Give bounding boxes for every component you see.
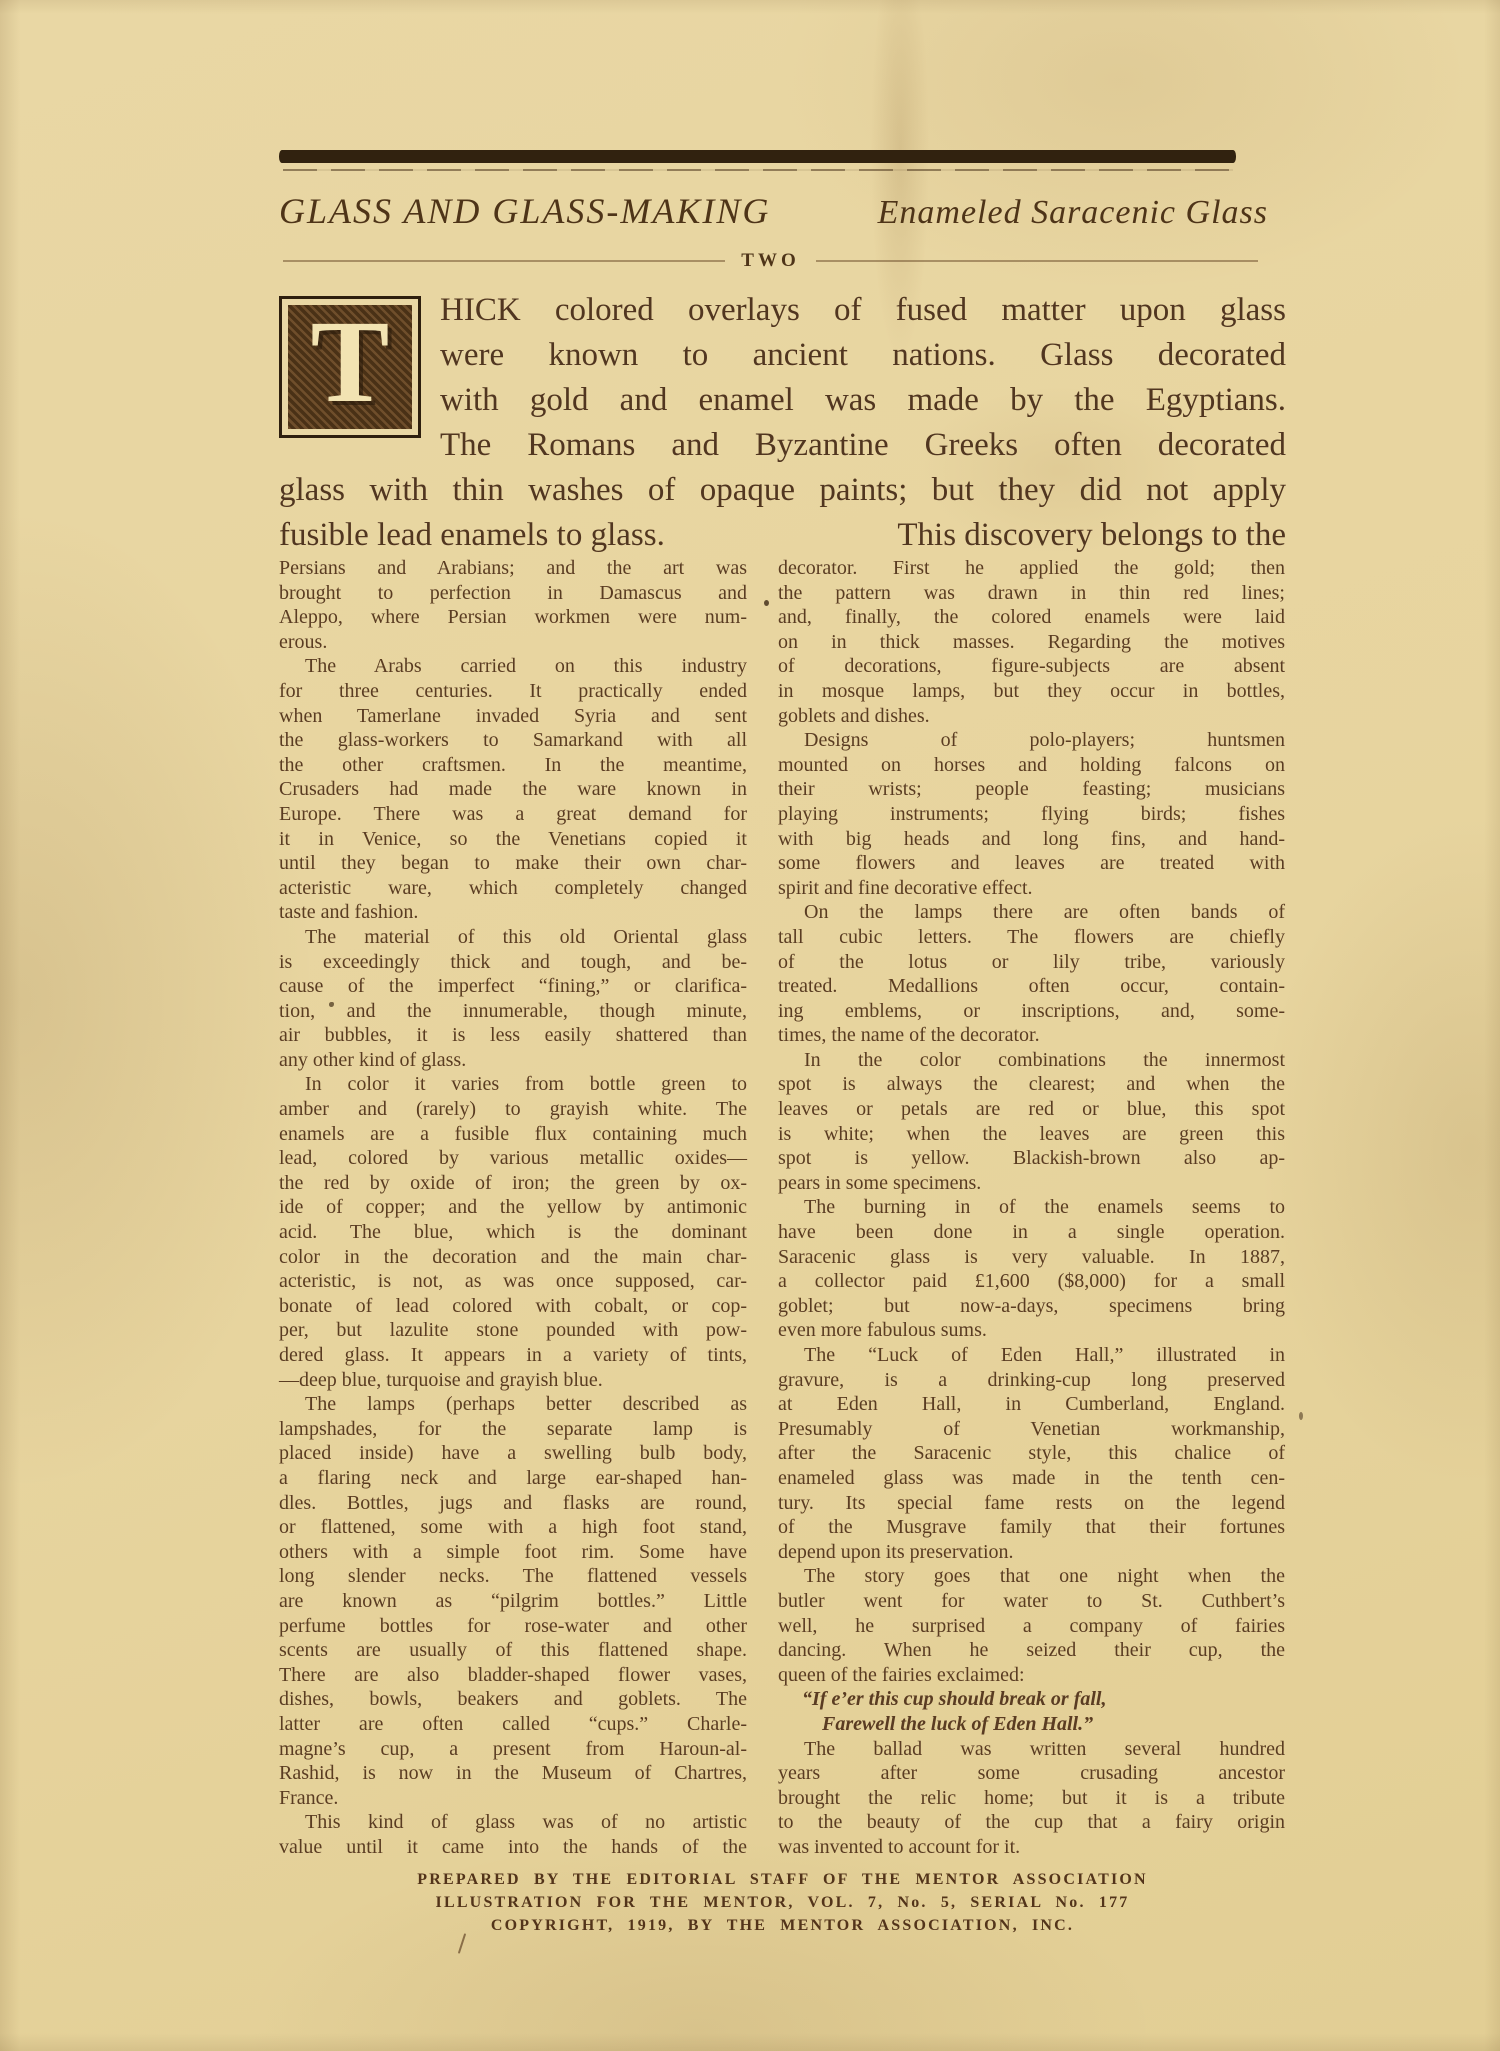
intro-split-left: fusible lead enamels to glass.	[279, 513, 665, 558]
text-line: The story goes that one night when the	[778, 1564, 1285, 1589]
top-rule-echo	[283, 169, 1233, 171]
divider-line-right	[816, 260, 1258, 262]
text-line: scents are usually of this flattened sha…	[279, 1638, 747, 1663]
text-line: after the Saracenic style, this chalice …	[778, 1441, 1285, 1466]
intro-line-full: glass with thin washes of opaque paints;…	[279, 468, 1286, 513]
dropcap-letter: T	[311, 303, 390, 421]
text-line: to the beauty of the cup that a fairy or…	[778, 1810, 1285, 1835]
text-line: There are also bladder-shaped flower vas…	[279, 1663, 747, 1688]
text-line: have been done in a single operation.	[778, 1220, 1285, 1245]
text-line: dles. Bottles, jugs and flasks are round…	[279, 1491, 747, 1516]
dropcap-hatch: T	[288, 305, 412, 429]
text-line: taste and fashion.	[279, 900, 747, 925]
page-subtitle: Enameled Saracenic Glass	[878, 194, 1268, 232]
text-line: of the lotus or lily tribe, variously	[778, 950, 1285, 975]
text-line: is exceedingly thick and tough, and be-	[279, 950, 747, 975]
text-line: depend upon its preservation.	[778, 1540, 1285, 1565]
footer-credits: PREPARED BY THE EDITORIAL STAFF OF THE M…	[279, 1868, 1286, 1937]
text-line: some flowers and leaves are treated with	[778, 851, 1285, 876]
text-line: the other craftsmen. In the meantime,	[279, 753, 747, 778]
text-line: the pattern was drawn in thin red lines;	[778, 581, 1285, 606]
text-line: were known to ancient nations. Glass dec…	[440, 333, 1286, 378]
text-line: “If e’er this cup should break or fall,	[778, 1687, 1285, 1712]
top-rule	[279, 150, 1236, 163]
text-line: with big heads and long fins, and hand-	[778, 827, 1285, 852]
divider-line-left	[283, 260, 725, 262]
text-line: tury. Its special fame rests on the lege…	[778, 1491, 1285, 1516]
text-line: the red by oxide of iron; the green by o…	[279, 1171, 747, 1196]
body-column-left: Persians and Arabians; and the art wasbr…	[279, 556, 747, 1859]
ink-speck	[1299, 1412, 1303, 1420]
text-line: even more fabulous sums.	[778, 1318, 1285, 1343]
text-line: in mosque lamps, but they occur in bottl…	[778, 679, 1285, 704]
text-line: dishes, bowls, beakers and goblets. The	[279, 1687, 747, 1712]
text-line: others with a simple foot rim. Some have	[279, 1540, 747, 1565]
text-line: acteristic, is not, as was once supposed…	[279, 1269, 747, 1294]
text-line: erous.	[279, 630, 747, 655]
section-divider: TWO	[283, 250, 1258, 272]
text-line: was invented to account for it.	[778, 1835, 1285, 1860]
text-line: spot is yellow. Blackish-brown also ap-	[778, 1146, 1285, 1171]
text-line: tion, and the innumerable, though minute…	[279, 999, 747, 1024]
text-line: ILLUSTRATION FOR THE MENTOR, VOL. 7, No.…	[279, 1891, 1286, 1914]
text-line: it in Venice, so the Venetians copied it	[279, 827, 747, 852]
text-line: bonate of lead colored with cobalt, or c…	[279, 1294, 747, 1319]
text-line: HICK colored overlays of fused matter up…	[440, 288, 1286, 333]
text-line: mounted on horses and holding falcons on	[778, 753, 1285, 778]
text-line: at Eden Hall, in Cumberland, England.	[778, 1392, 1285, 1417]
text-line: dancing. When he seized their cup, the	[778, 1638, 1285, 1663]
text-line: On the lamps there are often bands of	[778, 900, 1285, 925]
text-line: butler went for water to St. Cuthbert’s	[778, 1589, 1285, 1614]
text-line: treated. Medallions often occur, contain…	[778, 974, 1285, 999]
text-line: Farewell the luck of Eden Hall.”	[778, 1712, 1285, 1737]
text-line: amber and (rarely) to grayish white. The	[279, 1097, 747, 1122]
body-column-right: decorator. First he applied the gold; th…	[778, 556, 1285, 1859]
text-line: Designs of polo-players; huntsmen	[778, 728, 1285, 753]
text-line: is white; when the leaves are green this	[778, 1122, 1285, 1147]
text-line: on in thick masses. Regarding the motive…	[778, 630, 1285, 655]
text-line: gravure, is a drinking-cup long preserve…	[778, 1368, 1285, 1393]
text-line: with gold and enamel was made by the Egy…	[440, 378, 1286, 423]
masthead: GLASS AND GLASS-MAKING Enameled Saraceni…	[279, 190, 1268, 232]
text-line: a collector paid £1,600 ($8,000) for a s…	[778, 1269, 1285, 1294]
text-line: years after some crusading ancestor	[778, 1761, 1285, 1786]
text-line: or flattened, some with a high foot stan…	[279, 1515, 747, 1540]
text-line: France.	[279, 1786, 747, 1811]
text-line: placed inside) have a swelling bulb body…	[279, 1441, 747, 1466]
text-line: In the color combinations the innermost	[778, 1048, 1285, 1073]
text-line: perfume bottles for rose-water and other	[279, 1614, 747, 1639]
text-line: lead, colored by various metallic oxides…	[279, 1146, 747, 1171]
text-line: and, finally, the colored enamels were l…	[778, 605, 1285, 630]
page-title: GLASS AND GLASS-MAKING	[279, 190, 770, 232]
text-line: The ballad was written several hundred	[778, 1737, 1285, 1762]
dropcap-box: T	[279, 296, 421, 438]
text-line: This kind of glass was of no artistic	[279, 1810, 747, 1835]
text-line: spirit and fine decorative effect.	[778, 876, 1285, 901]
text-line: goblet; but now-a-days, specimens bring	[778, 1294, 1285, 1319]
text-line: the glass-workers to Samarkand with all	[279, 728, 747, 753]
text-line: The material of this old Oriental glass	[279, 925, 747, 950]
text-line: are known as “pilgrim bottles.” Little	[279, 1589, 747, 1614]
text-line: queen of the fairies exclaimed:	[778, 1663, 1285, 1688]
text-line: times, the name of the decorator.	[778, 1023, 1285, 1048]
text-line: color in the decoration and the main cha…	[279, 1245, 747, 1270]
text-line: per, but lazulite stone pounded with pow…	[279, 1318, 747, 1343]
text-line: Europe. There was a great demand for	[279, 802, 747, 827]
text-line: goblets and dishes.	[778, 704, 1285, 729]
text-line: Presumably of Venetian workmanship,	[778, 1417, 1285, 1442]
text-line: Persians and Arabians; and the art was	[279, 556, 747, 581]
text-line: their wrists; people feasting; musicians	[778, 777, 1285, 802]
intro-paragraph-beside-dropcap: HICK colored overlays of fused matter up…	[440, 288, 1286, 468]
text-line: enameled glass was made in the tenth cen…	[778, 1466, 1285, 1491]
text-line: brought the relic home; but it is a trib…	[778, 1786, 1285, 1811]
text-line: any other kind of glass.	[279, 1048, 747, 1073]
text-line: spot is always the clearest; and when th…	[778, 1072, 1285, 1097]
text-line: magne’s cup, a present from Haroun-al-	[279, 1737, 747, 1762]
text-line: of decorations, figure-subjects are abse…	[778, 654, 1285, 679]
text-line: Aleppo, where Persian workmen were num-	[279, 605, 747, 630]
text-line: The burning in of the enamels seems to	[778, 1195, 1285, 1220]
intro-line-split: fusible lead enamels to glass. This disc…	[279, 513, 1286, 558]
text-line: playing instruments; flying birds; fishe…	[778, 802, 1285, 827]
text-line: tall cubic letters. The flowers are chie…	[778, 925, 1285, 950]
text-line: acid. The blue, which is the dominant	[279, 1220, 747, 1245]
text-line: a flaring neck and large ear-shaped han-	[279, 1466, 747, 1491]
text-line: lampshades, for the separate lamp is	[279, 1417, 747, 1442]
text-line: dered glass. It appears in a variety of …	[279, 1343, 747, 1368]
text-line: of the Musgrave family that their fortun…	[778, 1515, 1285, 1540]
text-line: PREPARED BY THE EDITORIAL STAFF OF THE M…	[279, 1868, 1286, 1891]
text-line: enamels are a fusible flux containing mu…	[279, 1122, 747, 1147]
text-line: The Arabs carried on this industry	[279, 654, 747, 679]
intro-split-right: This discovery belongs to the	[897, 513, 1286, 558]
text-line: leaves or petals are red or blue, this s…	[778, 1097, 1285, 1122]
text-line: ide of copper; and the yellow by antimon…	[279, 1195, 747, 1220]
text-line: ing emblems, or inscriptions, and, some-	[778, 999, 1285, 1024]
text-line: —deep blue, turquoise and grayish blue.	[279, 1368, 747, 1393]
text-line: when Tamerlane invaded Syria and sent	[279, 704, 747, 729]
text-line: for three centuries. It practically ende…	[279, 679, 747, 704]
document-page: GLASS AND GLASS-MAKING Enameled Saraceni…	[0, 0, 1500, 2051]
text-line: until they began to make their own char-	[279, 851, 747, 876]
text-line: Saracenic glass is very valuable. In 188…	[778, 1245, 1285, 1270]
text-line: The “Luck of Eden Hall,” illustrated in	[778, 1343, 1285, 1368]
text-line: The lamps (perhaps better described as	[279, 1392, 747, 1417]
text-line: Rashid, is now in the Museum of Chartres…	[279, 1761, 747, 1786]
text-line: value until it came into the hands of th…	[279, 1835, 747, 1860]
ink-speck	[764, 600, 769, 606]
text-line: decorator. First he applied the gold; th…	[778, 556, 1285, 581]
text-line: The Romans and Byzantine Greeks often de…	[440, 423, 1286, 468]
section-label: TWO	[741, 250, 799, 272]
text-line: well, he surprised a company of fairies	[778, 1614, 1285, 1639]
text-line: In color it varies from bottle green to	[279, 1072, 747, 1097]
text-line: long slender necks. The flattened vessel…	[279, 1564, 747, 1589]
text-line: cause of the imperfect “fining,” or clar…	[279, 974, 747, 999]
text-line: brought to perfection in Damascus and	[279, 581, 747, 606]
text-line: acteristic ware, which completely change…	[279, 876, 747, 901]
text-line: air bubbles, it is less easily shattered…	[279, 1023, 747, 1048]
text-line: Crusaders had made the ware known in	[279, 777, 747, 802]
text-line: COPYRIGHT, 1919, BY THE MENTOR ASSOCIATI…	[279, 1914, 1286, 1937]
text-line: pears in some specimens.	[778, 1171, 1285, 1196]
text-line: latter are often called “cups.” Charle-	[279, 1712, 747, 1737]
